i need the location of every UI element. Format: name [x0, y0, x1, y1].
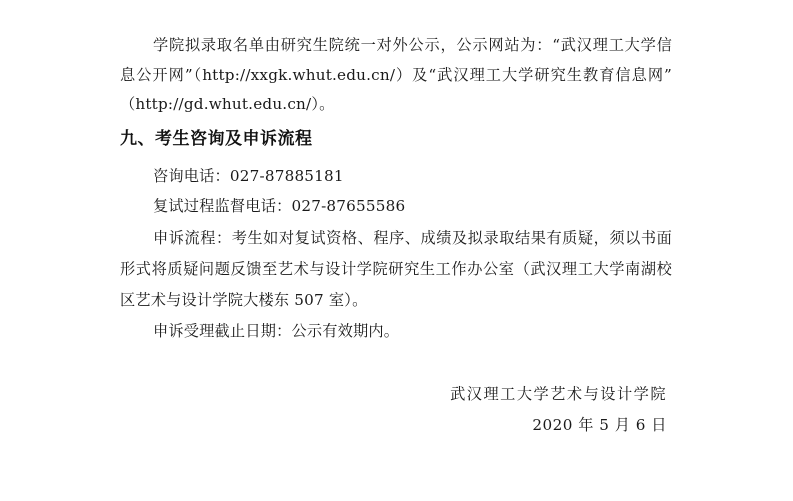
- appeal-process-line-3: 区艺术与设计学院大楼东 507 室）。: [120, 290, 672, 310]
- appeal-process-line-2: 形式将质疑问题反馈至艺术与设计学院研究生工作办公室（武汉理工大学南湖校: [120, 259, 672, 279]
- publicity-paragraph-line-3: （http://gd.whut.edu.cn/）。: [120, 94, 672, 114]
- signature-organization: 武汉理工大学艺术与设计学院: [450, 384, 667, 404]
- publicity-paragraph-line-2: 息公开网”（http://xxgk.whut.edu.cn/）及“武汉理工大学研…: [120, 65, 672, 85]
- supervision-phone: 复试过程监督电话：027-87655586: [153, 196, 672, 216]
- publicity-paragraph-line-1: 学院拟录取名单由研究生院统一对外公示，公示网站为：“武汉理工大学信: [153, 35, 672, 55]
- appeal-deadline: 申诉受理截止日期：公示有效期内。: [153, 321, 672, 341]
- section-heading: 九、考生咨询及申诉流程: [120, 128, 313, 150]
- consult-phone: 咨询电话：027-87885181: [153, 166, 672, 186]
- signature-date: 2020 年 5 月 6 日: [532, 415, 667, 435]
- appeal-process-line-1: 申诉流程：考生如对复试资格、程序、成绩及拟录取结果有质疑，须以书面: [153, 228, 672, 248]
